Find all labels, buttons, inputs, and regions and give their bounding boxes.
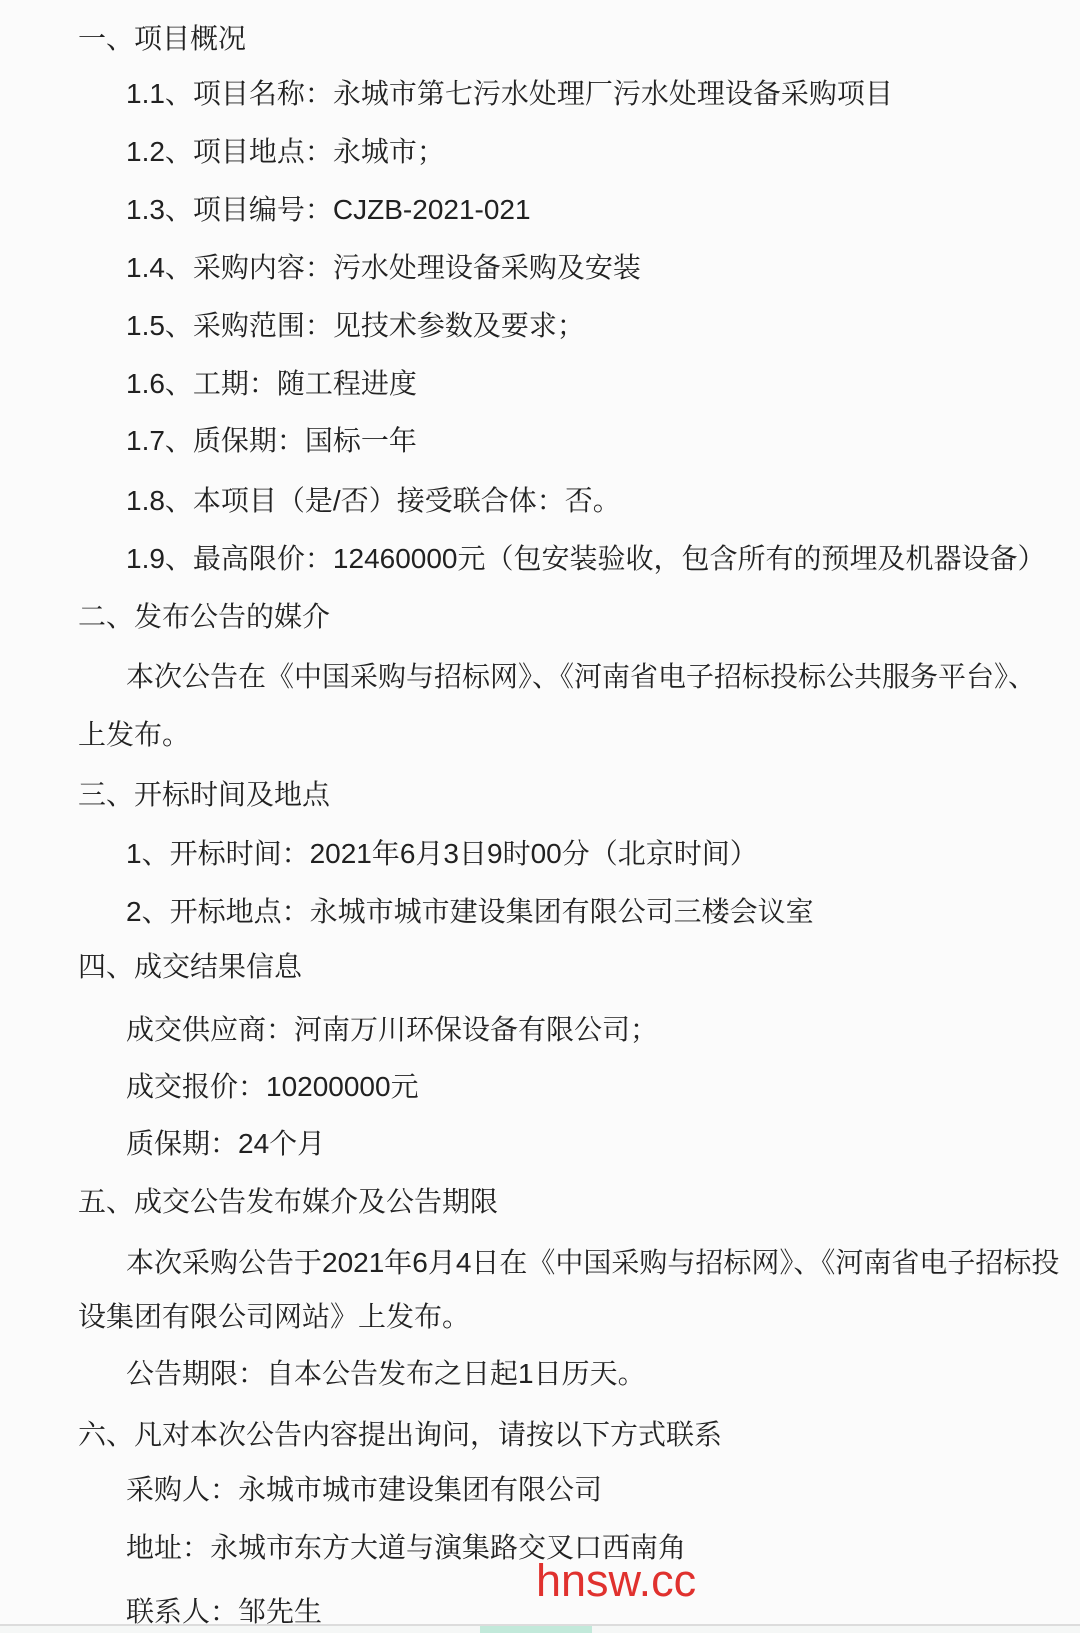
section-3-heading: 三、开标时间及地点	[78, 778, 330, 812]
watermark-hnsw: hnsw.cc	[536, 1558, 696, 1604]
item-project-location: 1.2、项目地点：永城市；	[126, 135, 445, 169]
item-project-name: 1.1、项目名称：永城市第七污水处理厂污水处理设备采购项目	[126, 77, 893, 111]
item-winning-price: 成交报价：10200000元	[126, 1070, 419, 1104]
para-announcement-media-line1: 本次公告在《中国采购与招标网》、《河南省电子招标投标公共服务平台》、	[126, 660, 1036, 694]
item-winning-warranty: 质保期：24个月	[126, 1127, 325, 1161]
section-6-heading: 六、凡对本次公告内容提出询问，请按以下方式联系	[78, 1418, 722, 1452]
item-procurement-content: 1.4、采购内容：污水处理设备采购及安装	[126, 251, 641, 285]
item-project-number: 1.3、项目编号：CJZB-2021-021	[126, 193, 531, 227]
announcement-page: 一、项目概况 1.1、项目名称：永城市第七污水处理厂污水处理设备采购项目 1.2…	[0, 0, 1080, 1633]
para-award-announcement-line1: 本次采购公告于2021年6月4日在《中国采购与招标网》、《河南省电子招标投	[126, 1246, 1059, 1280]
section-1-heading: 一、项目概况	[78, 22, 246, 56]
item-winning-supplier: 成交供应商：河南万川环保设备有限公司；	[126, 1013, 658, 1047]
section-4-heading: 四、成交结果信息	[78, 950, 302, 984]
para-announcement-media-line2: 上发布。	[78, 718, 190, 752]
item-consortium-accepted: 1.8、本项目（是/否）接受联合体：否。	[126, 484, 621, 518]
item-purchaser: 采购人：永城市城市建设集团有限公司	[126, 1473, 602, 1507]
item-warranty-period: 1.7、质保期：国标一年	[126, 424, 417, 458]
section-5-heading: 五、成交公告发布媒介及公告期限	[78, 1185, 498, 1219]
item-bid-opening-place: 2、开标地点：永城市城市建设集团有限公司三楼会议室	[126, 895, 814, 929]
item-announcement-period: 公告期限：自本公告发布之日起1日历天。	[126, 1357, 646, 1391]
bottom-highlight-box	[480, 1626, 592, 1633]
item-construction-period: 1.6、工期：随工程进度	[126, 367, 417, 401]
section-2-heading: 二、发布公告的媒介	[78, 600, 330, 634]
item-price-limit: 1.9、最高限价：12460000元（包安装验收，包含所有的预埋及机器设备）	[126, 542, 1046, 576]
item-procurement-scope: 1.5、采购范围：见技术参数及要求；	[126, 309, 585, 343]
para-award-announcement-line2: 设集团有限公司网站》上发布。	[78, 1300, 470, 1334]
item-bid-opening-time: 1、开标时间：2021年6月3日9时00分（北京时间）	[126, 837, 758, 871]
bottom-bar	[0, 1626, 1080, 1633]
